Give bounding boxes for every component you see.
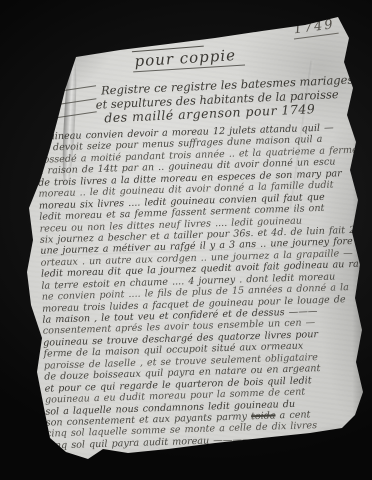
margin-dash (45, 98, 97, 107)
margin-dash (45, 111, 97, 120)
manuscript-paper: 1749. pour coppie 1749 Registre ce regis… (0, 0, 372, 480)
register-heading: Registre ce registre les batesmes mariag… (101, 73, 355, 125)
scan-background: 1749. pour coppie 1749 Registre ce regis… (0, 0, 372, 480)
manuscript-content: 1749. pour coppie 1749 Registre ce regis… (0, 0, 372, 480)
margin-dash (45, 85, 97, 94)
struck-word: toida (251, 410, 276, 422)
margin-dashes (44, 88, 97, 128)
line-segment: a cent (275, 409, 310, 421)
manuscript-body: gouineau convien devoir a moreau 12 jule… (37, 122, 367, 452)
year-corner-annotation: 1749 (292, 17, 339, 40)
